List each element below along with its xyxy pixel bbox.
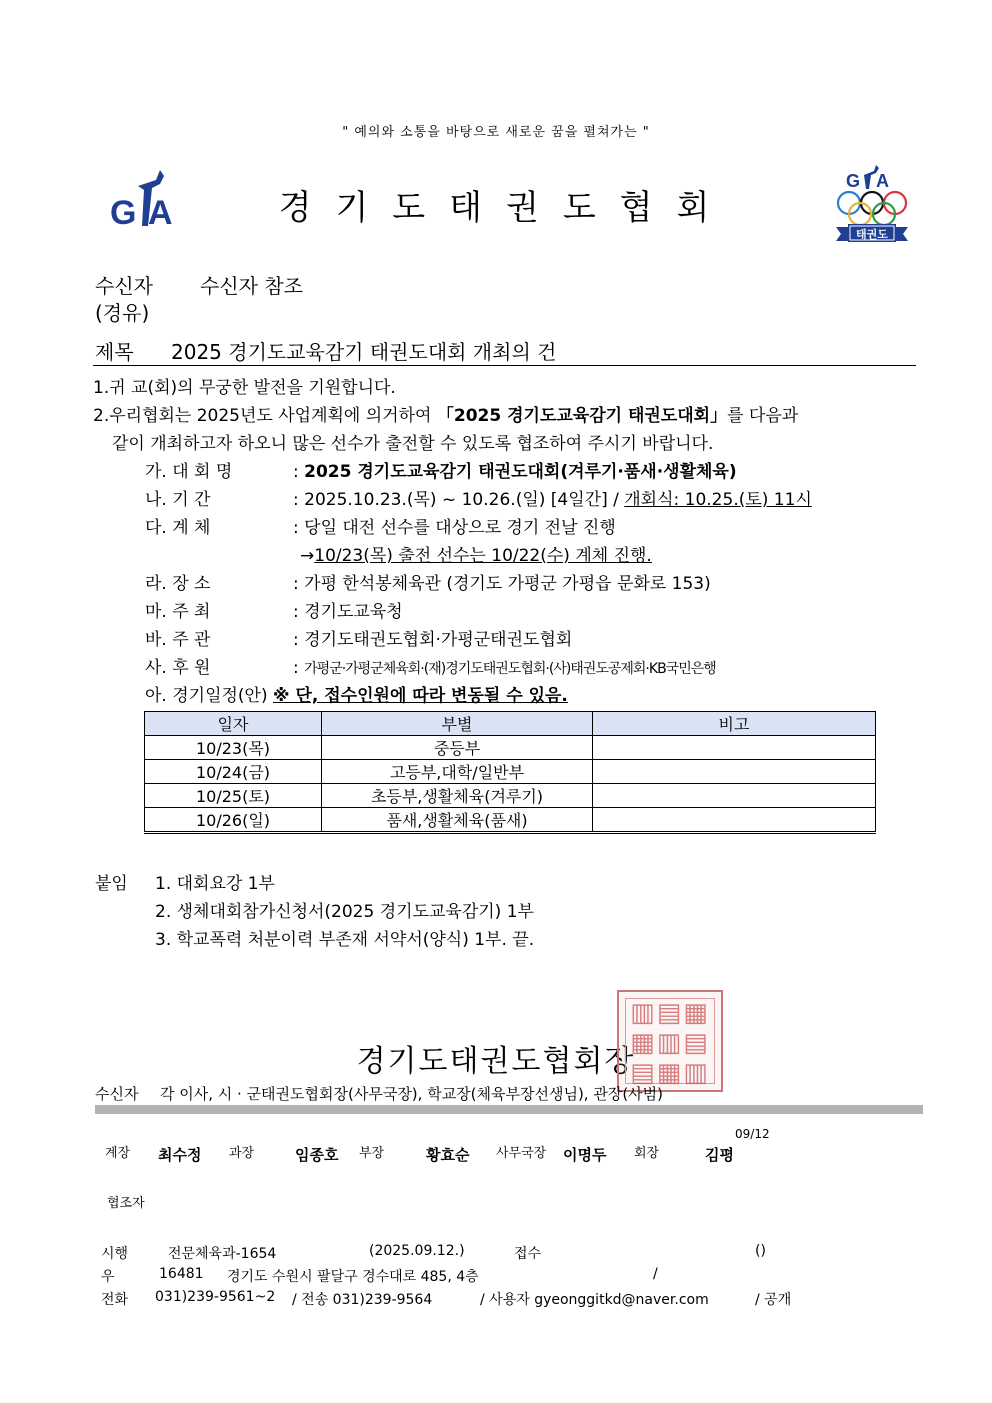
cooperator-label: 협조자 <box>107 1192 145 1211</box>
olympic-rings-emblem-icon: G A 태권도 <box>832 163 912 245</box>
cell-division: 품새,생활체육(품새) <box>322 808 593 833</box>
approval-title: 회장 <box>634 1142 659 1161</box>
cell-date: 10/26(일) <box>145 808 322 833</box>
distribution-value: 각 이사, 시 · 군태권도협회장(사무국장), 학교장(체육부장선생님), 관… <box>160 1083 663 1104</box>
cell-remarks <box>593 736 876 760</box>
subject-value: 2025 경기도교육감기 태권도대회 개최의 건 <box>171 336 556 365</box>
item-label: 라. 장 소 <box>145 569 293 594</box>
approver-name: 김평 <box>705 1144 734 1165</box>
item-value: 2025 경기도교육감기 태권도대회(겨루기·품새·생활체육) <box>304 462 736 482</box>
svg-text:G: G <box>846 171 860 191</box>
body-paragraph-1: 1.귀 교(회)의 무궁한 발전을 기원합니다. <box>93 373 396 398</box>
item-host: 마. 주 최: 경기도교육청 <box>145 597 403 622</box>
item-label: 나. 기 간 <box>145 485 293 510</box>
approver-name: 임종호 <box>295 1144 338 1165</box>
exec-label: 시행 <box>101 1243 128 1263</box>
item-label: 다. 계 체 <box>145 513 293 538</box>
item-sponsor: 사. 후 원: 가평군·가평군체육회·(재)경기도태권도협회·(사)태권도공제회… <box>145 653 716 678</box>
arrow-icon: → <box>300 546 314 566</box>
approver-name: 이명두 <box>563 1144 606 1165</box>
receipt-value: () <box>755 1243 766 1259</box>
signer-title: 경기도태권도협회장 <box>0 1036 992 1080</box>
item-value: 경기도태권도협회·가평군태권도협회 <box>304 630 572 650</box>
exec-date: (2025.09.12.) <box>369 1243 465 1259</box>
address-separator: / <box>653 1266 658 1282</box>
item-value: 경기도교육청 <box>304 602 403 622</box>
seal-icon: ▥▤▦▦▥▤▤▦▥ <box>619 998 721 1088</box>
column-header-date: 일자 <box>145 712 322 736</box>
column-header-division: 부별 <box>322 712 593 736</box>
cell-remarks <box>593 808 876 833</box>
phone-number: 031)239-9561~2 <box>155 1289 275 1305</box>
recipient-value: 수신자 참조 <box>200 270 303 299</box>
item-event-name: 가. 대 회 명: 2025 경기도교육감기 태권도대회(겨루기·품새·생활체육… <box>145 457 737 482</box>
item-label: 마. 주 최 <box>145 597 293 622</box>
item-value: 가평 한석봉체육관 (경기도 가평군 가평읍 문화로 153) <box>304 574 711 594</box>
via-label: (경유) <box>95 297 149 326</box>
cell-division: 중등부 <box>322 736 593 760</box>
body-paragraph-2-line-2: 같이 개최하고자 하오니 많은 선수가 출전할 수 있도록 협조하여 주시기 바… <box>112 429 713 454</box>
event-name-bold: 「2025 경기도교육감기 태권도대회」 <box>437 406 727 426</box>
svg-text:A: A <box>876 171 889 191</box>
cell-division: 초등부,생활체육(겨루기) <box>322 784 593 808</box>
item-label: 아. 경기일정(안) <box>145 686 268 706</box>
recipient-label: 수신자 <box>95 270 153 299</box>
item-label: 바. 주 관 <box>145 625 293 650</box>
weigh-in-note: →10/23(목) 출전 선수는 10/22(수) 계체 진행. <box>300 541 652 566</box>
table-row: 10/24(금) 고등부,대학/일반부 <box>145 760 876 784</box>
item-value: 당일 대전 선수를 대상으로 경기 전날 진행 <box>304 518 616 538</box>
exec-doc-number: 전문체육과-1654 <box>168 1243 276 1263</box>
cell-division: 고등부,대학/일반부 <box>322 760 593 784</box>
column-header-remarks: 비고 <box>593 712 876 736</box>
item-schedule: 아. 경기일정(안) ※ 단, 접수인원에 따라 변동될 수 있음. <box>145 681 568 706</box>
subject-divider <box>93 365 916 366</box>
approval-title: 사무국장 <box>496 1142 546 1161</box>
item-organizer: 바. 주 관: 경기도태권도협회·가평군태권도협회 <box>145 625 572 650</box>
distribution-label: 수신자 <box>95 1083 138 1104</box>
item-label: 사. 후 원 <box>145 653 293 678</box>
item-venue: 라. 장 소: 가평 한석봉체육관 (경기도 가평군 가평읍 문화로 153) <box>145 569 711 594</box>
item-weigh-in: 다. 계 체: 당일 대전 선수를 대상으로 경기 전날 진행 <box>145 513 616 538</box>
weigh-in-note-text: 10/23(목) 출전 선수는 10/22(수) 계체 진행. <box>314 546 652 566</box>
approval-date: 09/12 <box>735 1127 770 1141</box>
slogan: " 예의와 소통을 바탕으로 새로운 꿈을 펼쳐가는 " <box>0 121 992 140</box>
cell-date: 10/25(토) <box>145 784 322 808</box>
body-paragraph-2: 2.우리협회는 2025년도 사업계획에 의거하여 「2025 경기도교육감기 … <box>93 401 798 426</box>
user-email: / 사용자 gyeonggitkd@naver.com <box>480 1289 709 1309</box>
phone-label: 전화 <box>101 1289 128 1309</box>
attachment-item: 1. 대회요강 1부 <box>155 869 275 894</box>
official-seal: ▥▤▦▦▥▤▤▦▥ <box>617 990 723 1092</box>
approval-title: 과장 <box>229 1142 254 1161</box>
table-row: 10/26(일) 품새,생활체육(품새) <box>145 808 876 833</box>
item-value: 2025.10.23.(목) ~ 10.26.(일) [4일간] / <box>304 490 624 510</box>
attachment-item: 2. 생체대회참가신청서(2025 경기도교육감기) 1부 <box>155 897 534 922</box>
cell-remarks <box>593 760 876 784</box>
svg-text:태권도: 태권도 <box>856 227 888 241</box>
schedule-note: ※ 단, 접수인원에 따라 변동될 수 있음. <box>273 686 568 706</box>
distribution-divider <box>95 1105 923 1114</box>
fax-number: / 전송 031)239-9564 <box>292 1289 432 1309</box>
table-row: 10/25(토) 초등부,생활체육(겨루기) <box>145 784 876 808</box>
approver-name: 황효순 <box>426 1144 469 1165</box>
approval-title: 계장 <box>105 1142 130 1161</box>
table-row: 10/23(목) 중등부 <box>145 736 876 760</box>
opening-ceremony: 개회식: 10.25.(토) 11시 <box>624 490 812 510</box>
receipt-label: 접수 <box>514 1243 541 1263</box>
approver-name: 최수정 <box>158 1144 201 1165</box>
item-value: 가평군·가평군체육회·(재)경기도태권도협회·(사)태권도공제회·KB국민은행 <box>304 661 716 677</box>
subject-label: 제목 <box>95 336 134 365</box>
cell-remarks <box>593 784 876 808</box>
zip-label: 우 <box>101 1266 115 1286</box>
cell-date: 10/24(금) <box>145 760 322 784</box>
paragraph-2-prefix: 2.우리협회는 2025년도 사업계획에 의거하여 <box>93 406 437 426</box>
disclosure-status: / 공개 <box>755 1289 791 1309</box>
item-period: 나. 기 간: 2025.10.23.(목) ~ 10.26.(일) [4일간]… <box>145 485 812 510</box>
item-label: 가. 대 회 명 <box>145 457 293 482</box>
zip-code: 16481 <box>159 1266 204 1282</box>
schedule-table: 일자 부별 비고 10/23(목) 중등부 10/24(금) 고등부,대학/일반… <box>144 711 876 834</box>
paragraph-2-suffix: 를 다음과 <box>727 406 798 426</box>
attachment-item: 3. 학교폭력 처분이력 부존재 서약서(양식) 1부. 끝. <box>155 925 534 950</box>
cell-date: 10/23(목) <box>145 736 322 760</box>
attachments-label: 붙임 <box>95 869 128 894</box>
gta-taekwondo-emblem: G A 태권도 <box>832 163 912 245</box>
address: 경기도 수원시 팔달구 경수대로 485, 4층 <box>227 1266 479 1286</box>
approval-title: 부장 <box>359 1142 384 1161</box>
